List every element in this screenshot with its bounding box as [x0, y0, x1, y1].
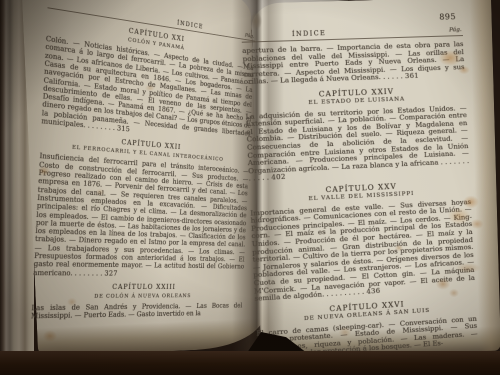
pag-column-label: Pág.	[449, 27, 462, 35]
chapter-subtitle: DE COLÓN Á NUEVA ORLEANS	[32, 292, 243, 301]
index-chapter-entry: CAPÍTULO XXIV EL ESTADO DE LUISIANA La a…	[244, 85, 469, 184]
table-surface	[0, 351, 500, 375]
chapter-summary: Importancia general de este valle. — Sus…	[250, 199, 475, 304]
summary-text: La adquisición de su territorio por los …	[245, 104, 469, 176]
index-chapter-entry: CAPÍTULO XXV EL VALLE DEL MISSISSIPPI Im…	[249, 179, 475, 304]
dot-leader: . . . . .	[381, 73, 403, 82]
summary-text: Las islas de San Andrés y Providencia. —…	[31, 301, 243, 320]
chapter-summary: La adquisición de su territorio por los …	[245, 105, 469, 184]
index-chapter-entry: CAPÍTULO XXIII DE COLÓN Á NUEVA ORLEANS …	[31, 283, 244, 321]
page-ref: 315	[117, 124, 130, 134]
book-photo: ÍNDICE Pág. CAPÍTULO XXI COLÓN Y PANAMÁ …	[0, 0, 500, 375]
chapter-summary: Las islas de San Andrés y Providencia. —…	[31, 302, 243, 321]
page-ref: 436	[366, 287, 381, 296]
summary-text: apertura de la barra. — Importancia de e…	[242, 40, 465, 86]
index-chapter-entry: CAPÍTULO XXII EL FERROCARRIL Y EL CANAL …	[33, 132, 250, 279]
chapter-summary: Insuficiencia del ferrocarril para el tr…	[33, 153, 249, 279]
left-page-text: ÍNDICE Pág. CAPÍTULO XXI COLÓN Y PANAMÁ …	[31, 0, 256, 322]
dot-leader: . . . . . . .	[72, 268, 102, 277]
chapter-heading: CAPÍTULO XXIII	[32, 283, 243, 291]
dot-leader: . . . . . . .	[85, 121, 115, 132]
continuation-entry: apertura de la barra. — Importancia de e…	[242, 41, 465, 87]
index-title: ÍNDICE	[292, 30, 326, 39]
summary-text: Insuficiencia del ferrocarril para el tr…	[33, 152, 249, 277]
right-page-text: 895 ÍNDICE Pág. apertura de la barra. — …	[241, 13, 478, 362]
page-ref: 361	[405, 72, 419, 81]
page-ref: 402	[271, 173, 286, 182]
dot-leader: . . . . . . . . .	[324, 288, 364, 299]
page-ref: 327	[104, 268, 118, 277]
